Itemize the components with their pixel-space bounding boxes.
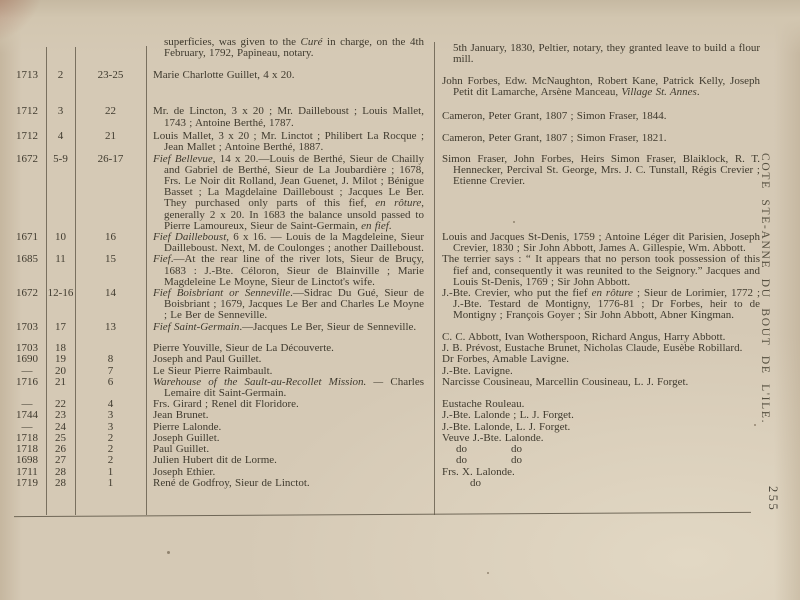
record-row: 1713223-25Marie Charlotte Guillet, 4 x 2… bbox=[8, 65, 775, 98]
record-row: —224Frs. Girard ; Renel dit Floridore.Eu… bbox=[8, 399, 775, 410]
lot-cell: 21 bbox=[46, 377, 75, 399]
record-row: 167212-1614Fief Boisbriant or Senneville… bbox=[8, 288, 775, 322]
record-row: 1712421Louis Mallet, 3 x 20 ; Mr. Lincto… bbox=[8, 129, 775, 154]
num-cell: 1 bbox=[75, 478, 146, 489]
year-cell: 1703 bbox=[8, 322, 46, 343]
owners-text: John Forbes, Edw. McNaughton, Robert Kan… bbox=[434, 76, 775, 98]
description-cell: Fief Saint-Germain.—Jacques Le Ber, Sieu… bbox=[146, 322, 434, 343]
lot-cell: 4 bbox=[46, 129, 75, 154]
record-row: 17031713Fief Saint-Germain.—Jacques Le B… bbox=[8, 322, 775, 343]
record-row: 16725-926-17Fief Bellevue, 14 x 20.—Loui… bbox=[8, 154, 775, 232]
year-cell: 1716 bbox=[8, 377, 46, 399]
owners-text: Cameron, Peter Grant, 1807 ; Simon Frase… bbox=[434, 111, 775, 122]
record-row: 1718252Joseph Guillet.Veuve J.-Bte. Lalo… bbox=[8, 433, 775, 444]
owners-text: The terrier says : “ It appears that no … bbox=[434, 254, 775, 288]
description-text: Marie Charlotte Guillet, 4 x 20. bbox=[146, 70, 434, 81]
description-cell: Warehouse of the Sault-au-Recollet Missi… bbox=[146, 377, 434, 399]
num-cell: 21 bbox=[75, 129, 146, 154]
owners-text: do bbox=[434, 478, 775, 489]
num-cell: 13 bbox=[75, 322, 146, 343]
records-tbody: 1713223-25Marie Charlotte Guillet, 4 x 2… bbox=[8, 65, 775, 489]
record-row: 1711281Joseph Ethier.Frs. X. Lalonde. bbox=[8, 467, 775, 478]
description-text: Fief Bellevue, 14 x 20.—Louis de Berthé,… bbox=[146, 154, 434, 232]
year-cell: 1698 bbox=[8, 455, 46, 466]
owners-cell: Cameron, Peter Grant, 1807 ; Simon Frase… bbox=[434, 129, 775, 154]
record-row: 1690198Joseph and Paul Guillet.Dr Forbes… bbox=[8, 354, 775, 365]
record-row: 16711016Fief Dailleboust, 6 x 16. — Loui… bbox=[8, 232, 775, 254]
description-text: Fief Dailleboust, 6 x 16. — Louis de la … bbox=[146, 232, 434, 254]
year-cell: 1672 bbox=[8, 288, 46, 322]
description-cell: René de Godfroy, Sieur de Linctot. bbox=[146, 478, 434, 489]
page-number: 255 bbox=[767, 486, 778, 512]
year-cell: 1712 bbox=[8, 98, 46, 128]
owners-text: Cameron, Peter Grant, 1807 ; Simon Frase… bbox=[434, 133, 775, 144]
paper-speck bbox=[167, 551, 170, 554]
year-cell: 1713 bbox=[8, 65, 46, 98]
paper-speck bbox=[513, 221, 515, 223]
owners-cell: Narcisse Cousineau, Marcellin Cousineau,… bbox=[434, 377, 775, 399]
description-text: Fief.—At the rear line of the river lots… bbox=[146, 254, 434, 288]
continuation-right-text: 5th January, 1830, Peltier, notary, they… bbox=[434, 37, 775, 65]
description-cell: Fief Boisbriant or Senneville.—Sidrac Du… bbox=[146, 288, 434, 322]
record-row: 1718262Paul Guillet.dodo bbox=[8, 444, 775, 455]
num-cell: 2 bbox=[75, 455, 146, 466]
owners-text: Narcisse Cousineau, Marcellin Cousineau,… bbox=[434, 377, 775, 388]
lot-cell: 5-9 bbox=[46, 154, 75, 232]
lot-cell: 2 bbox=[46, 65, 75, 98]
record-row: 1719281René de Godfroy, Sieur de Linctot… bbox=[8, 478, 775, 489]
record-row: —243Pierre Lalonde.J.-Bte. Lalonde, L. J… bbox=[8, 422, 775, 433]
lot-cell: 10 bbox=[46, 232, 75, 254]
year-cell: 1671 bbox=[8, 232, 46, 254]
description-cell: Mr. de Lincton, 3 x 20 ; Mr. Dailleboust… bbox=[146, 98, 434, 128]
record-row: 16851115Fief.—At the rear line of the ri… bbox=[8, 254, 775, 288]
owners-text: Veuve J.-Bte. Lalonde. bbox=[434, 433, 775, 444]
description-text: Mr. de Lincton, 3 x 20 ; Mr. Dailleboust… bbox=[146, 106, 434, 128]
lot-cell: 23 bbox=[46, 410, 75, 421]
owners-cell: Veuve J.-Bte. Lalonde. bbox=[434, 433, 775, 444]
description-text: Fief Boisbriant or Senneville.—Sidrac Du… bbox=[146, 288, 434, 322]
record-row: 1698272Julien Hubert dit de Lorme.dodo bbox=[8, 455, 775, 466]
lot-cell: 19 bbox=[46, 354, 75, 365]
records-table: 1713223-25Marie Charlotte Guillet, 4 x 2… bbox=[8, 65, 775, 489]
num-cell: 8 bbox=[75, 354, 146, 365]
num-cell: 16 bbox=[75, 232, 146, 254]
owners-cell: Frs. X. Lalonde. bbox=[434, 467, 775, 478]
description-cell: Fief.—At the rear line of the river lots… bbox=[146, 254, 434, 288]
record-row: 1716216Warehouse of the Sault-au-Recolle… bbox=[8, 377, 775, 399]
num-cell: 3 bbox=[75, 410, 146, 421]
continuation-left-text: superficies, was given to the Curé in ch… bbox=[146, 37, 434, 65]
owners-cell: Louis and Jacques St-Denis, 1759 ; Antoi… bbox=[434, 232, 775, 254]
record-row: 1744233Jean Brunet.J.-Bte. Lalonde ; L. … bbox=[8, 410, 775, 421]
description-text: René de Godfroy, Sieur de Linctot. bbox=[146, 478, 434, 489]
owners-cell: Cameron, Peter Grant, 1807 ; Simon Frase… bbox=[434, 98, 775, 128]
table-bottom-rule bbox=[14, 512, 751, 517]
num-cell: 14 bbox=[75, 288, 146, 322]
paper-speck bbox=[754, 424, 756, 426]
description-cell: Louis Mallet, 3 x 20 ; Mr. Linctot ; Phi… bbox=[146, 129, 434, 154]
owners-cell: do bbox=[434, 478, 775, 489]
description-text: Fief Saint-Germain.—Jacques Le Ber, Sieu… bbox=[146, 322, 434, 333]
record-row: 1712322Mr. de Lincton, 3 x 20 ; Mr. Dail… bbox=[8, 98, 775, 128]
description-cell: Fief Bellevue, 14 x 20.—Louis de Berthé,… bbox=[146, 154, 434, 232]
year-cell: 1690 bbox=[8, 354, 46, 365]
year-cell: 1685 bbox=[8, 254, 46, 288]
page-content: superficies, was given to the Curé in ch… bbox=[0, 37, 800, 489]
owners-text: Frs. X. Lalonde. bbox=[434, 467, 775, 478]
scanned-page: superficies, was given to the Curé in ch… bbox=[0, 0, 800, 600]
paper-speck bbox=[487, 572, 489, 574]
lot-cell: 28 bbox=[46, 478, 75, 489]
description-cell: Marie Charlotte Guillet, 4 x 20. bbox=[146, 65, 434, 98]
owners-cell: C. C. Abbott, Ivan Wotherspoon, Richard … bbox=[434, 322, 775, 343]
num-cell: 6 bbox=[75, 377, 146, 399]
owners-cell: dodo bbox=[434, 444, 775, 455]
num-cell: 26-17 bbox=[75, 154, 146, 232]
year-cell: 1712 bbox=[8, 129, 46, 154]
continuation-row: superficies, was given to the Curé in ch… bbox=[146, 37, 800, 65]
year-cell: 1672 bbox=[8, 154, 46, 232]
owners-text: Louis and Jacques St-Denis, 1759 ; Antoi… bbox=[434, 232, 775, 254]
record-row: 170318Pierre Youville, Sieur de La Décou… bbox=[8, 343, 775, 354]
lot-cell: 11 bbox=[46, 254, 75, 288]
owners-text: J.-Bte. Crevier, who put the fief en rôt… bbox=[434, 288, 775, 322]
owners-text: dodo bbox=[434, 444, 775, 455]
margin-caption: COTE STE-ANNE DU BOUT DE L'ILE. bbox=[759, 153, 770, 424]
owners-cell: The terrier says : “ It appears that no … bbox=[434, 254, 775, 288]
num-cell: 15 bbox=[75, 254, 146, 288]
description-text: Louis Mallet, 3 x 20 ; Mr. Linctot ; Phi… bbox=[146, 131, 434, 153]
lot-cell: 27 bbox=[46, 455, 75, 466]
num-cell: 23-25 bbox=[75, 65, 146, 98]
lot-cell: 12-16 bbox=[46, 288, 75, 322]
lot-cell: 17 bbox=[46, 322, 75, 343]
owners-cell: Simon Fraser, John Forbes, Heirs Simon F… bbox=[434, 154, 775, 232]
year-cell: 1744 bbox=[8, 410, 46, 421]
owners-cell: John Forbes, Edw. McNaughton, Robert Kan… bbox=[434, 65, 775, 98]
num-cell: 22 bbox=[75, 98, 146, 128]
year-cell: 1719 bbox=[8, 478, 46, 489]
description-text: Warehouse of the Sault-au-Recollet Missi… bbox=[146, 377, 434, 399]
lot-cell: 3 bbox=[46, 98, 75, 128]
description-cell: Fief Dailleboust, 6 x 16. — Louis de la … bbox=[146, 232, 434, 254]
owners-cell: J.-Bte. Crevier, who put the fief en rôt… bbox=[434, 288, 775, 322]
owners-text: Simon Fraser, John Forbes, Heirs Simon F… bbox=[434, 154, 775, 188]
paper-speck bbox=[181, 41, 183, 43]
